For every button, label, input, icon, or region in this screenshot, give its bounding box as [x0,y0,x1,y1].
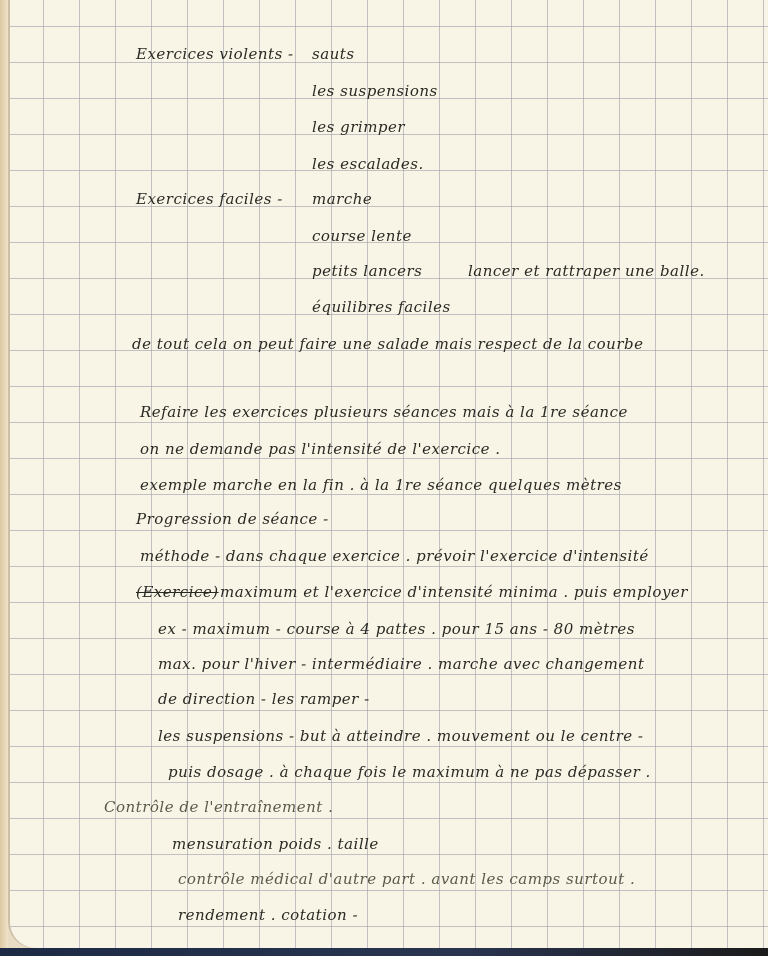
text-line: équilibres faciles [312,298,451,316]
text-line: de tout cela on peut faire une salade ma… [132,335,644,353]
heading-exercices-faciles: Exercices faciles - [136,190,283,208]
text-line: ex - maximum - course à 4 pattes . pour … [158,620,635,638]
heading-exercices-violents: Exercices violents - [136,45,294,63]
text-line: contrôle médical d'autre part . avant le… [178,870,635,888]
text-line: les grimper [312,118,405,136]
text-line: les suspensions - but à atteindre . mouv… [158,727,643,745]
text-line: marche [312,190,372,208]
text-line: lancer et rattraper une balle. [468,262,705,280]
struck-text: (Exercice) [136,583,219,601]
page-bottom-edge [0,948,768,956]
text-line: sauts [312,45,355,63]
text-line: puis dosage . à chaque fois le maximum à… [168,763,651,781]
text-line: Refaire les exercices plusieurs séances … [140,403,628,421]
notebook-binding [0,0,8,956]
text-line: on ne demande pas l'intensité de l'exerc… [140,440,501,458]
text-line: max. pour l'hiver - intermédiaire . marc… [158,655,644,673]
text-line: petits lancers [312,262,422,280]
text-line: les escalades. [312,155,424,173]
text-line: maximum et l'exercice d'intensité minima… [220,583,688,601]
text-line: course lente [312,227,412,245]
text-line: les suspensions [312,82,438,100]
heading-controle: Contrôle de l'entraînement . [104,798,333,816]
text-line: mensuration poids . taille [172,835,379,853]
text-line: méthode - dans chaque exercice . prévoir… [140,547,649,565]
text-line: exemple marche en la fin . à la 1re séan… [140,476,622,494]
text-line: rendement . cotation - [178,906,358,924]
text-line: de direction - les ramper - [158,690,370,708]
heading-progression: Progression de séance - [136,510,329,528]
notebook-page: Exercices violents - sauts les suspensio… [8,0,768,948]
